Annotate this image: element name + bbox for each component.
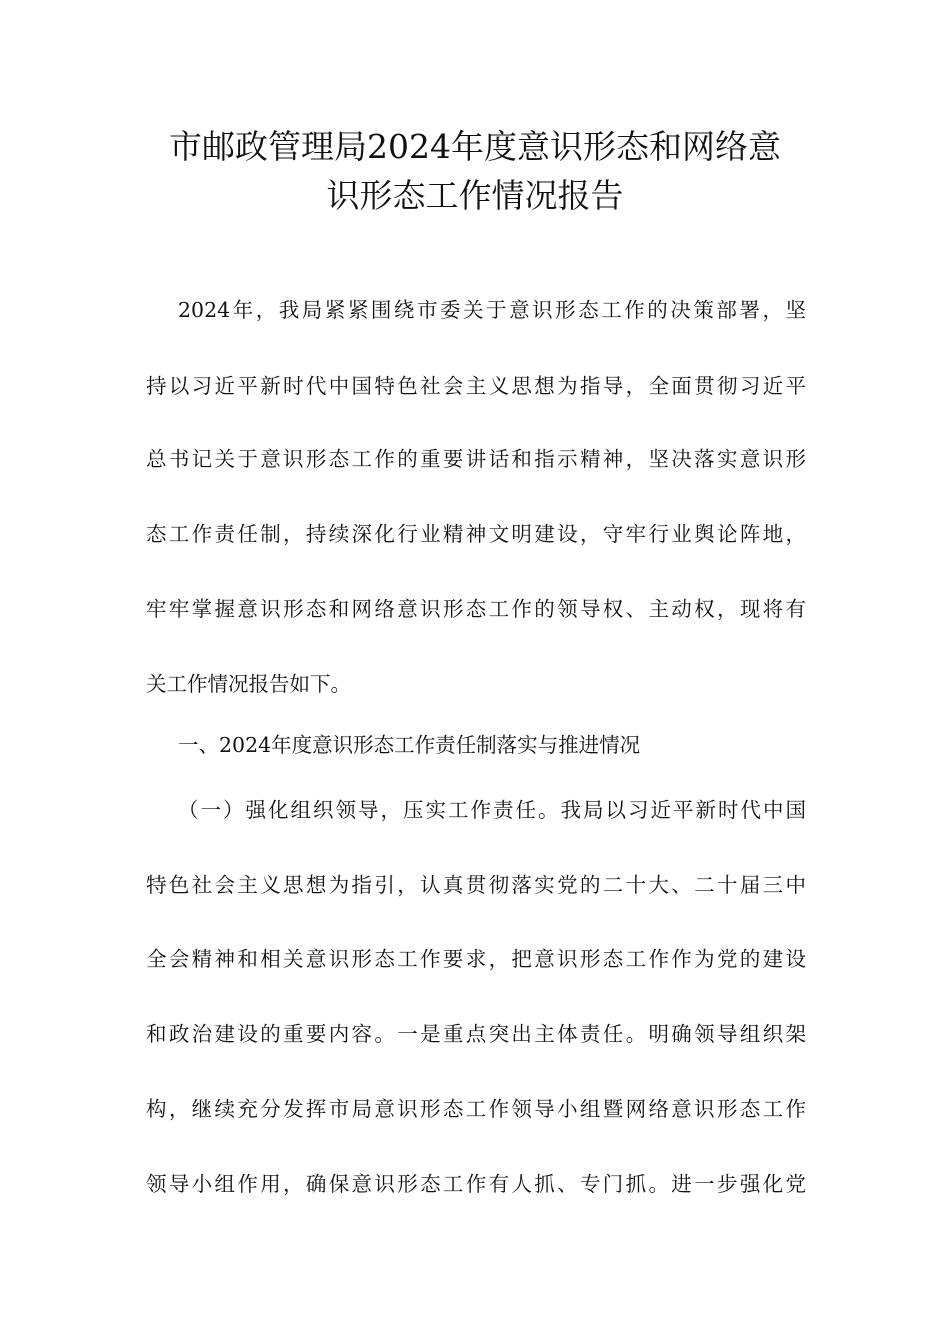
- section-heading: 一、2024年度意识形态工作责任制落实与推进情况: [178, 728, 806, 758]
- subsection-paragraph-line: （一）强化组织领导，压实工作责任。我局以习近平新时代中国: [178, 793, 806, 823]
- document-title-line-1: 市邮政管理局2024年度意识形态和网络意: [0, 121, 950, 168]
- intro-paragraph-line: 态工作责任制，持续深化行业精神文明建设，守牢行业舆论阵地，: [146, 517, 806, 547]
- subsection-paragraph-line: 特色社会主义思想为指引，认真贯彻落实党的二十大、二十届三中: [146, 868, 806, 898]
- intro-paragraph-line: 牢牢掌握意识形态和网络意识形态工作的领导权、主动权，现将有: [146, 592, 806, 622]
- subsection-paragraph-line: 全会精神和相关意识形态工作要求，把意识形态工作作为党的建设: [146, 942, 806, 972]
- subsection-paragraph-line: 和政治建设的重要内容。一是重点突出主体责任。明确领导组织架: [146, 1017, 806, 1047]
- subsection-paragraph-line: 领导小组作用，确保意识形态工作有人抓、专门抓。进一步强化党: [146, 1167, 806, 1197]
- document-page: 市邮政管理局2024年度意识形态和网络意 识形态工作情况报告 2024年，我局紧…: [0, 0, 950, 1344]
- document-title-line-2: 识形态工作情况报告: [0, 170, 950, 217]
- intro-paragraph-line: 2024年，我局紧紧围绕市委关于意识形态工作的决策部署，坚: [178, 293, 806, 323]
- intro-paragraph-line: 关工作情况报告如下。: [146, 667, 806, 697]
- subsection-paragraph-line: 构，继续充分发挥市局意识形态工作领导小组暨网络意识形态工作: [146, 1092, 806, 1122]
- intro-paragraph-line: 持以习近平新时代中国特色社会主义思想为指导，全面贯彻习近平: [146, 369, 806, 399]
- intro-paragraph-line: 总书记关于意识形态工作的重要讲话和指示精神，坚决落实意识形: [146, 442, 806, 472]
